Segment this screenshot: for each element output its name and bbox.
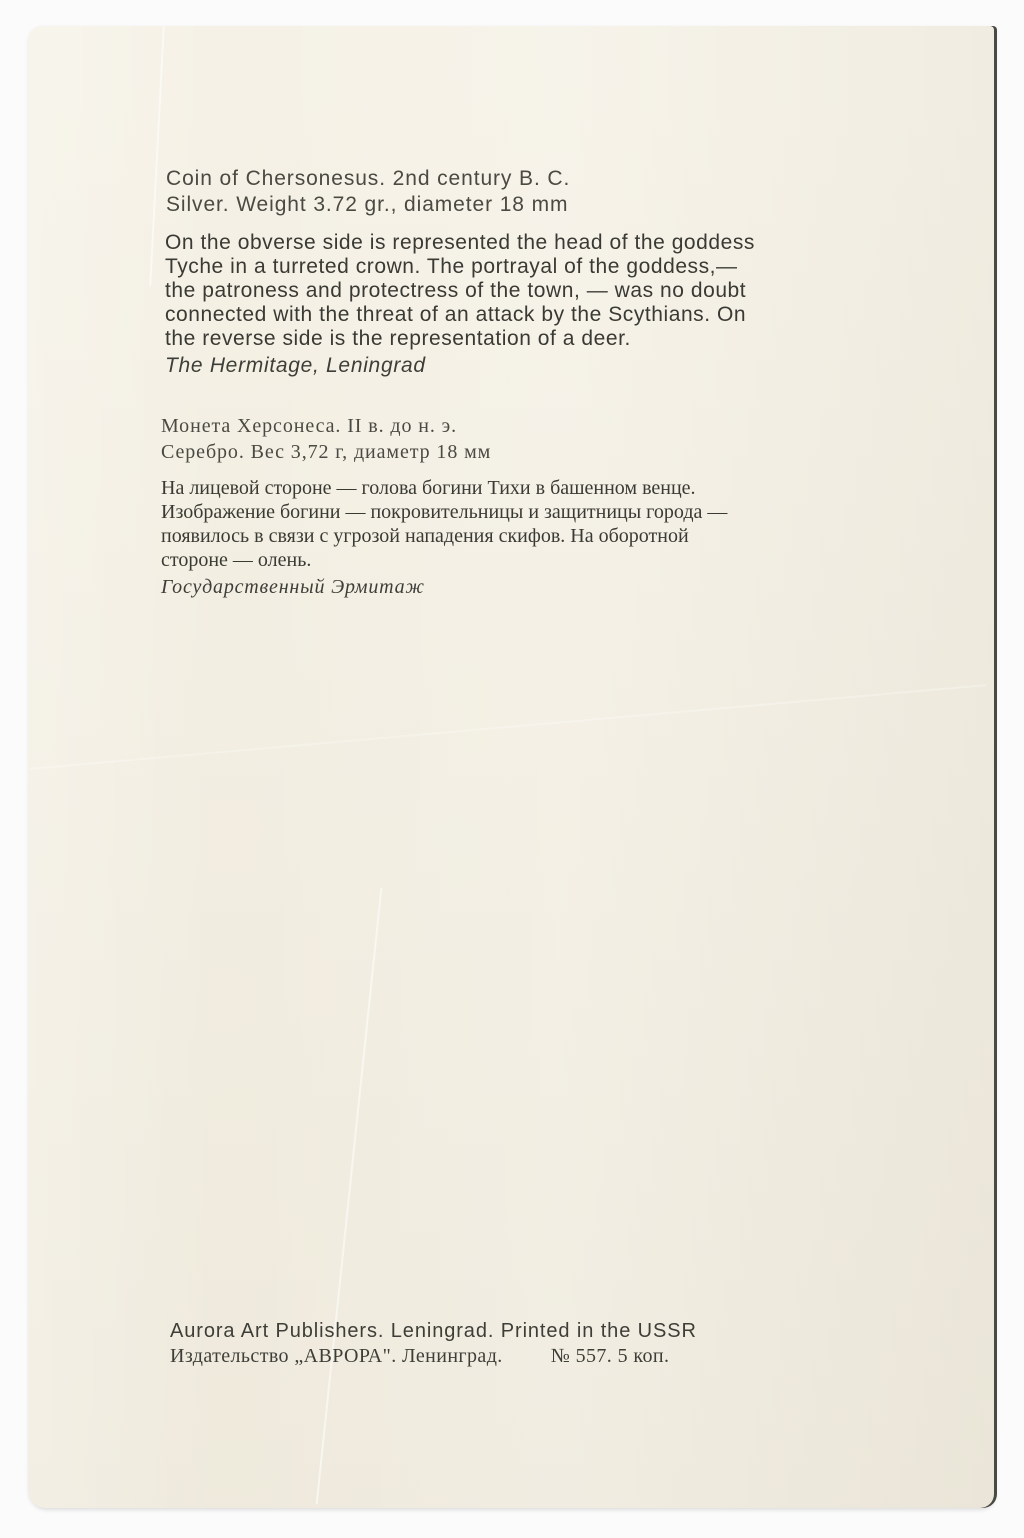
paper-crease xyxy=(30,684,987,770)
english-description-line: connected with the threat of an attack b… xyxy=(165,303,905,327)
russian-title-line: Монета Херсонеса. II в. до н. э. xyxy=(161,413,491,439)
postcard-back: Coin of Chersonesus. 2nd century B. C. S… xyxy=(28,26,994,1508)
publisher-footer: Aurora Art Publishers. Leningrad. Printe… xyxy=(170,1319,697,1369)
russian-description-line: появилось в связи с угрозой нападения ск… xyxy=(161,524,906,548)
paper-crease xyxy=(149,26,165,286)
russian-material-line: Серебро. Вес 3,72 г, диаметр 18 мм xyxy=(161,439,491,465)
russian-description-line: На лицевой стороне — голова богини Тихи … xyxy=(161,476,906,500)
russian-description-line: Изображение богини — покровительницы и з… xyxy=(161,500,906,524)
english-description-line: On the obverse side is represented the h… xyxy=(165,231,905,255)
paper-crease xyxy=(316,888,383,1505)
publisher-russian-row: Издательство „АВРОРА". Ленинград.№ 557. … xyxy=(170,1344,697,1369)
english-material-line: Silver. Weight 3.72 gr., diameter 18 mm xyxy=(166,192,570,218)
english-description-line: the patroness and protectress of the tow… xyxy=(165,279,905,303)
english-description-line: the reverse side is the representation o… xyxy=(165,327,905,351)
russian-description: На лицевой стороне — голова богини Тихи … xyxy=(161,476,906,572)
english-description-line: Tyche in a turreted crown. The portrayal… xyxy=(165,255,905,279)
english-title-line: Coin of Chersonesus. 2nd century B. C. xyxy=(166,166,570,192)
russian-title: Монета Херсонеса. II в. до н. э. Серебро… xyxy=(161,413,491,465)
publisher-english: Aurora Art Publishers. Leningrad. Printe… xyxy=(170,1319,697,1344)
english-description: On the obverse side is represented the h… xyxy=(165,231,905,351)
russian-location: Государственный Эрмитаж xyxy=(161,576,425,599)
english-location: The Hermitage, Leningrad xyxy=(165,354,426,378)
english-title: Coin of Chersonesus. 2nd century B. C. S… xyxy=(166,166,570,218)
catalog-price: № 557. 5 коп. xyxy=(551,1345,670,1367)
publisher-russian: Издательство „АВРОРА". Ленинград. xyxy=(170,1345,503,1367)
russian-description-line: стороне — олень. xyxy=(161,548,906,572)
